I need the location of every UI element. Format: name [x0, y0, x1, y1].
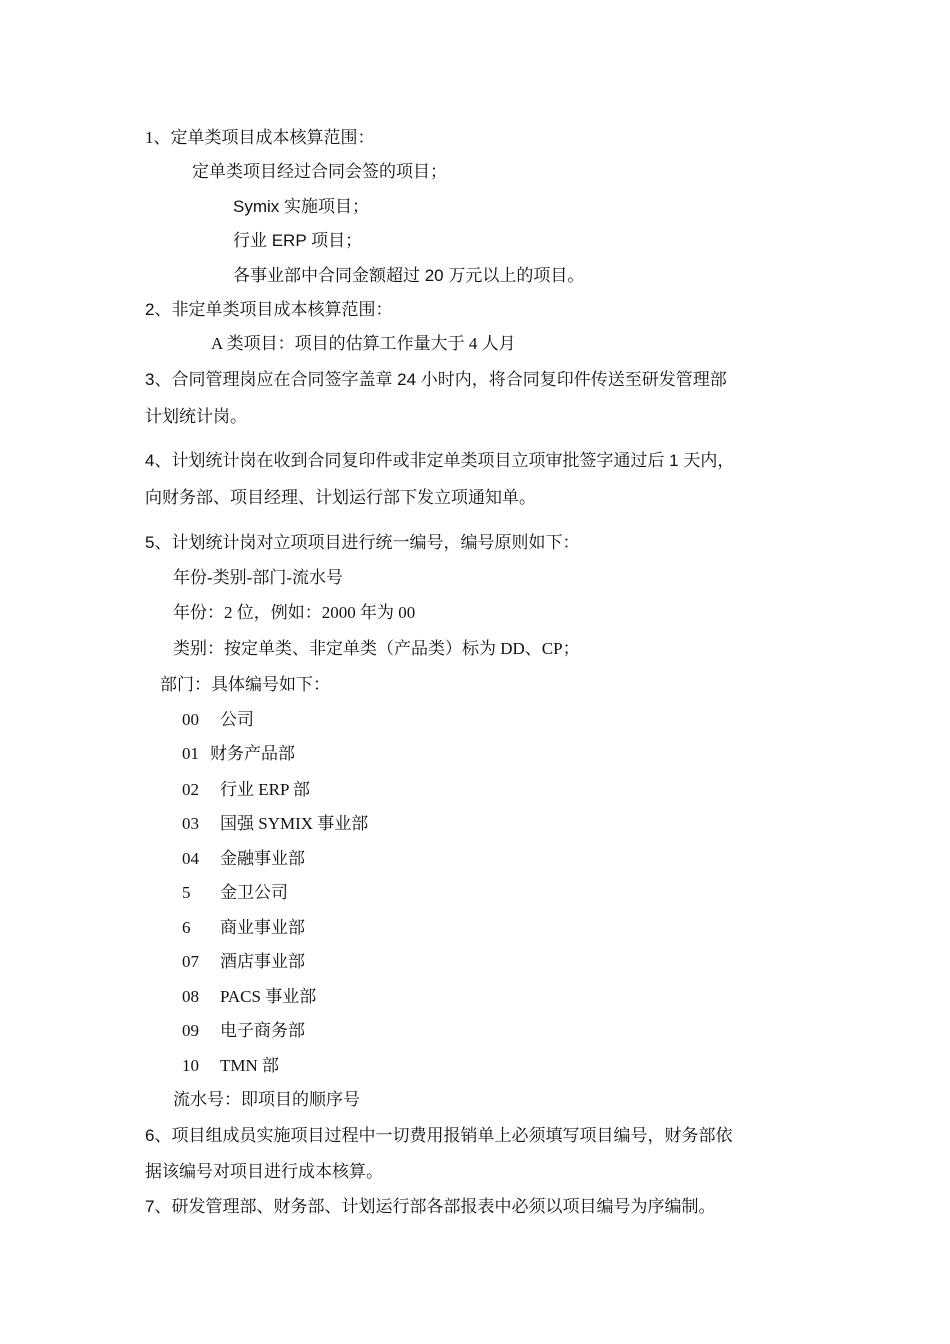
department-row: 5金卫公司	[182, 882, 288, 904]
department-name: 电子商务部	[220, 1020, 305, 1042]
department-row: 01财务产品部	[182, 743, 295, 765]
department-name: TMN 部	[220, 1055, 279, 1077]
department-name: 公司	[220, 709, 254, 731]
department-name: 酒店事业部	[220, 951, 305, 973]
department-name: 财务产品部	[210, 743, 295, 765]
department-code: 6	[182, 917, 220, 939]
section-3-line-1: 3、合同管理岗应在合同签字盖章 24 小时内，将合同复印件传送至研发管理部	[145, 369, 727, 391]
section-3-line-2: 计划统计岗。	[145, 406, 247, 428]
department-name: PACS 事业部	[220, 986, 316, 1008]
department-code: 02	[182, 779, 220, 801]
department-code: 09	[182, 1020, 220, 1042]
department-code: 10	[182, 1055, 220, 1077]
department-code: 5	[182, 882, 220, 904]
section-2-heading: 2、非定单类项目成本核算范围：	[145, 299, 392, 321]
section-7-line-1: 7、研发管理部、财务部、计划运行部各部报表中必须以项目编号为序编制。	[145, 1196, 715, 1218]
section-4-line-1: 4、计划统计岗在收到合同复印件或非定单类项目立项审批签字通过后 1 天内，	[145, 450, 734, 472]
department-name: 金卫公司	[220, 882, 288, 904]
department-row: 04金融事业部	[182, 848, 305, 870]
department-row: 02行业 ERP 部	[182, 779, 310, 801]
department-code: 04	[182, 848, 220, 870]
section-6-line-1: 6、项目组成员实施项目过程中一切费用报销单上必须填写项目编号，财务部依	[145, 1125, 732, 1147]
section-5-heading: 5、计划统计岗对立项项目进行统一编号，编号原则如下：	[145, 532, 579, 554]
department-row: 08PACS 事业部	[182, 986, 316, 1008]
numbering-format: 年份-类别-部门-流水号	[173, 567, 343, 589]
department-row: 10TMN 部	[182, 1055, 279, 1077]
department-intro: 部门：具体编号如下：	[160, 674, 330, 696]
document-page: 1、定单类项目成本核算范围： 定单类项目经过合同会签的项目； Symix 实施项…	[0, 0, 950, 1344]
department-row: 09电子商务部	[182, 1020, 305, 1042]
department-name: 国强 SYMIX 事业部	[220, 813, 368, 835]
section-1-item-erp: 行业 ERP 项目；	[233, 230, 362, 252]
department-row: 00公司	[182, 709, 254, 731]
department-name: 商业事业部	[220, 917, 305, 939]
section-4-line-2: 向财务部、项目经理、计划运行部下发立项通知单。	[145, 487, 536, 509]
category-rule: 类别：按定单类、非定单类（产品类）标为 DD、CP；	[173, 638, 580, 660]
section-1-item-amount: 各事业部中合同金额超过 20 万元以上的项目。	[233, 265, 584, 287]
department-row: 07酒店事业部	[182, 951, 305, 973]
department-code: 01	[182, 743, 210, 765]
serial-rule: 流水号：即项目的顺序号	[173, 1089, 360, 1111]
department-name: 金融事业部	[220, 848, 305, 870]
department-code: 07	[182, 951, 220, 973]
section-6-line-2: 据该编号对项目进行成本核算。	[145, 1161, 383, 1183]
section-2-item: A 类项目：项目的估算工作量大于 4 人月	[211, 333, 516, 355]
department-row: 6商业事业部	[182, 917, 305, 939]
department-code: 08	[182, 986, 220, 1008]
year-rule: 年份：2 位，例如：2000 年为 00	[173, 602, 415, 624]
section-1-item-symix: Symix 实施项目；	[233, 196, 369, 218]
department-code: 00	[182, 709, 220, 731]
department-name: 行业 ERP 部	[220, 779, 310, 801]
section-1-intro: 定单类项目经过合同会签的项目；	[192, 161, 447, 183]
section-1-heading: 1、定单类项目成本核算范围：	[145, 127, 375, 149]
department-row: 03国强 SYMIX 事业部	[182, 813, 368, 835]
department-code: 03	[182, 813, 220, 835]
